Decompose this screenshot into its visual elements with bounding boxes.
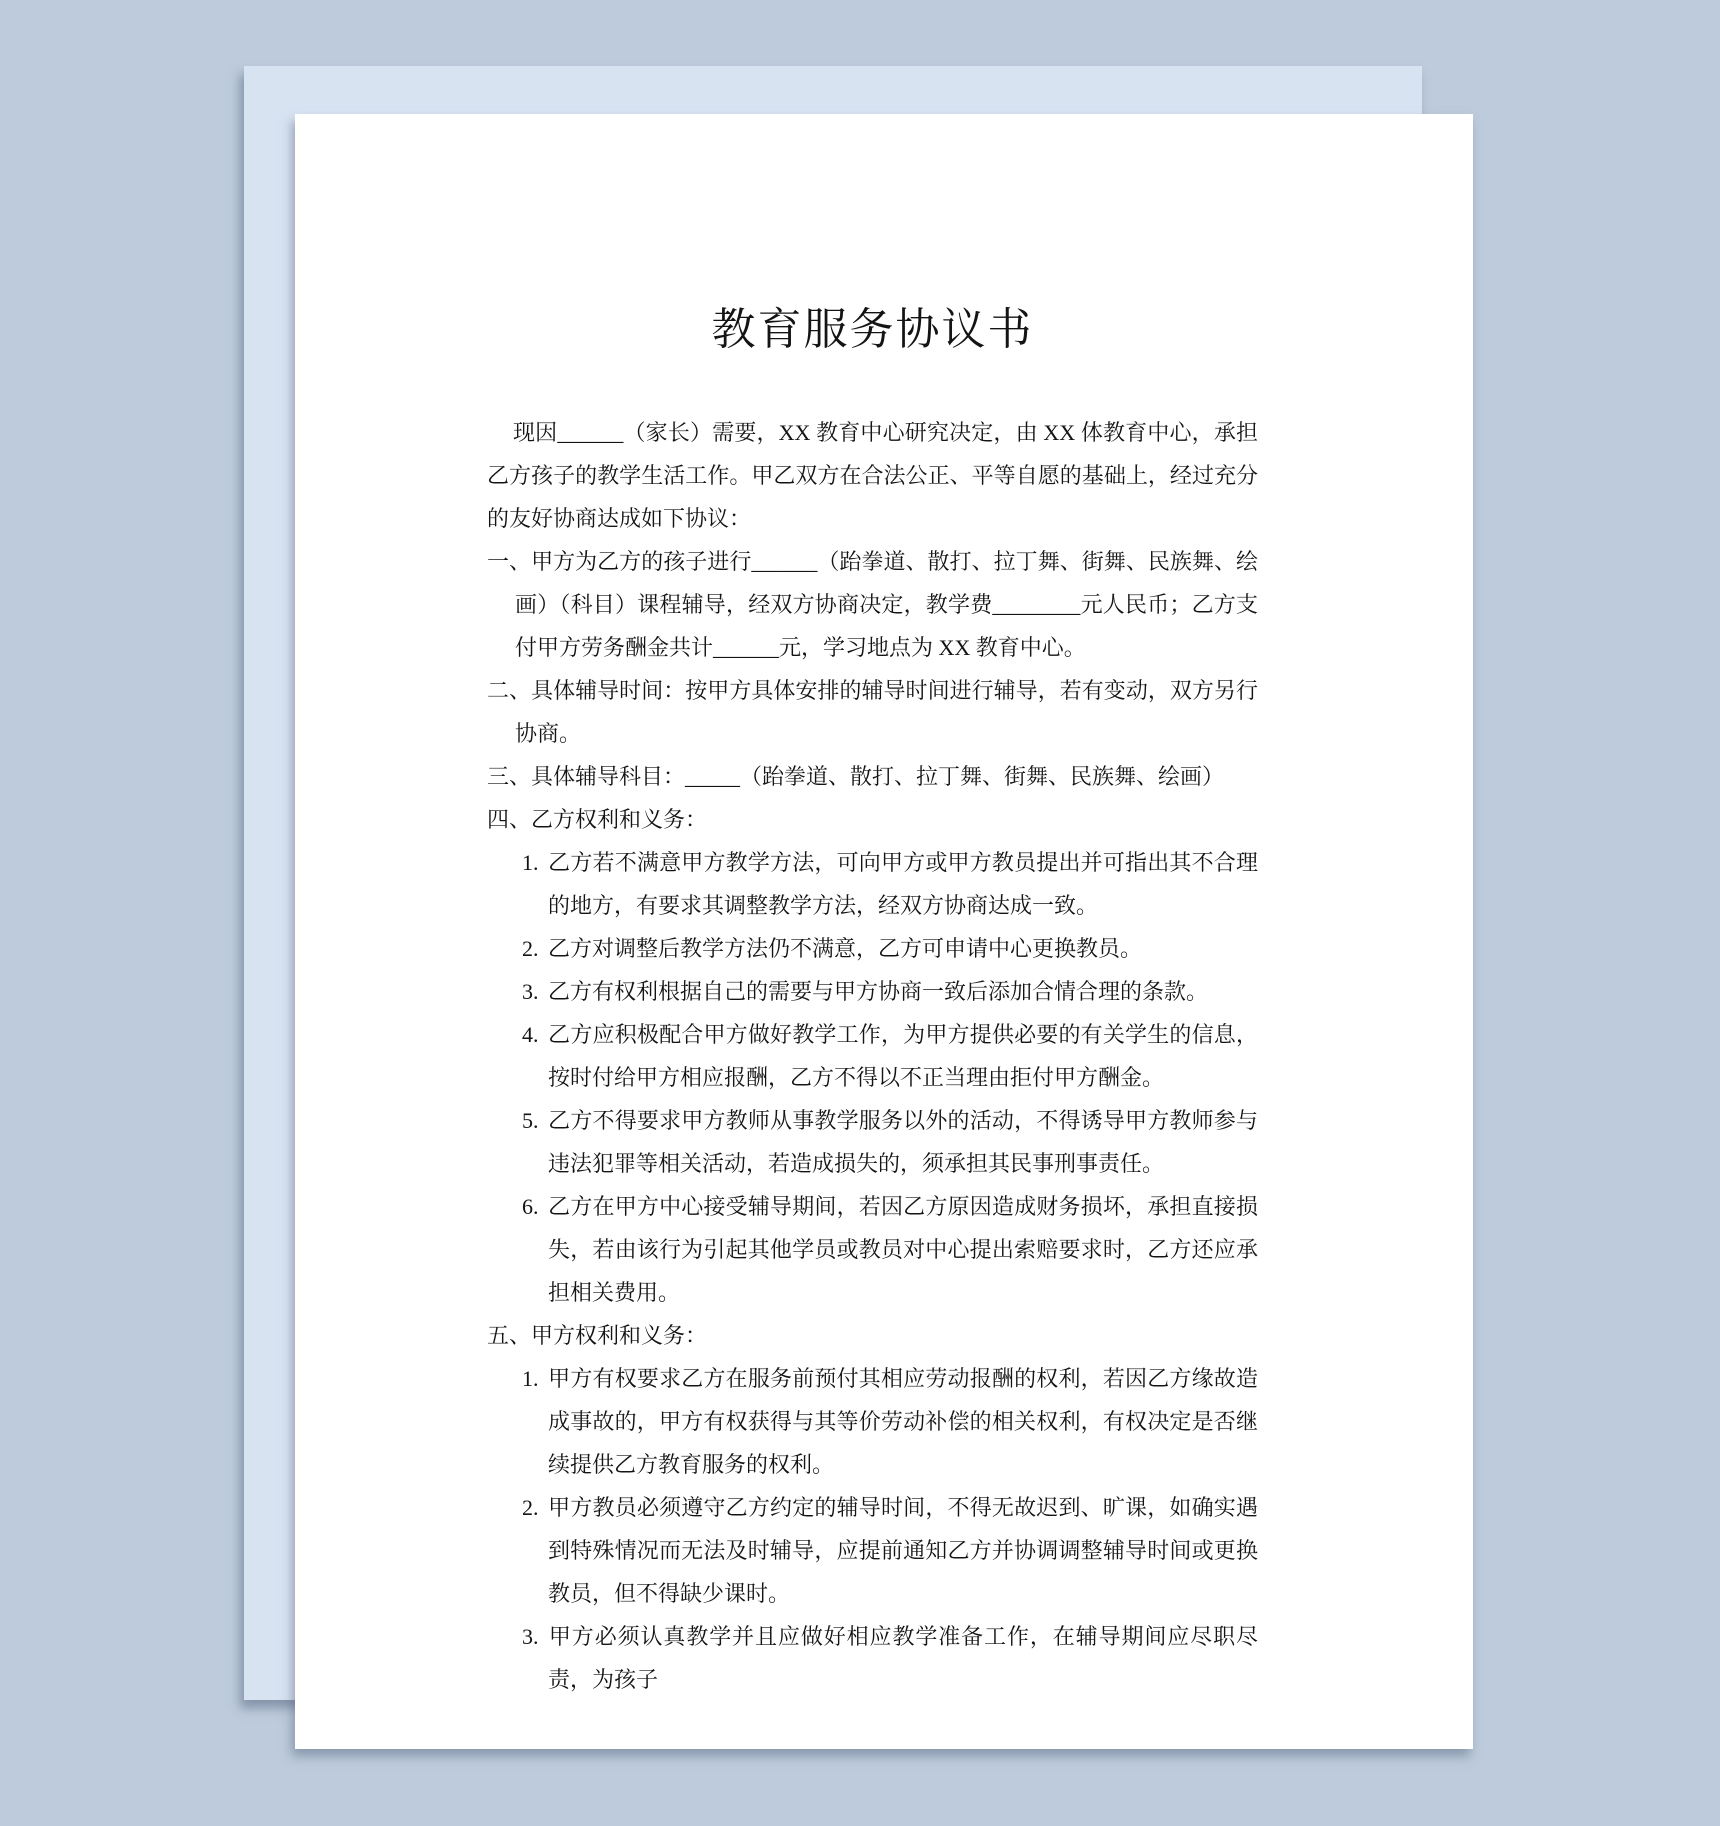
subclause-text: 甲方有权要求乙方在服务前预付其相应劳动报酬的权利，若因乙方缘故造成事故的，甲方有… — [548, 1366, 1258, 1477]
subclause-text: 乙方应积极配合甲方做好教学工作，为甲方提供必要的有关学生的信息，按时付给甲方相应… — [548, 1022, 1258, 1090]
subclause-number: 1. — [522, 1357, 548, 1400]
subclause-item: 1.乙方若不满意甲方教学方法，可向甲方或甲方教员提出并可指出其不合理的地方，有要… — [487, 841, 1258, 927]
clause-line: 四、乙方权利和义务： — [487, 798, 1258, 841]
subclause-text: 乙方对调整后教学方法仍不满意，乙方可申请中心更换教员。 — [548, 936, 1142, 961]
subclause-item: 2.乙方对调整后教学方法仍不满意，乙方可申请中心更换教员。 — [487, 927, 1258, 970]
subclause-number: 4. — [522, 1013, 548, 1056]
subclause-number: 3. — [522, 1615, 548, 1658]
clause-item: 五、甲方权利和义务： 1.甲方有权要求乙方在服务前预付其相应劳动报酬的权利，若因… — [487, 1314, 1258, 1701]
clause-text: 甲方为乙方的孩子进行______（跆拳道、散打、拉丁舞、街舞、民族舞、绘画）（科… — [515, 549, 1258, 660]
subclause-text: 甲方教员必须遵守乙方约定的辅导时间，不得无故迟到、旷课，如确实遇到特殊情况而无法… — [548, 1495, 1258, 1606]
clause-text: 甲方权利和义务： — [531, 1323, 707, 1348]
subclause-number: 2. — [522, 927, 548, 970]
subclause-number: 6. — [522, 1185, 548, 1228]
subclause-text: 乙方在甲方中心接受辅导期间，若因乙方原因造成财务损坏，承担直接损失，若由该行为引… — [548, 1194, 1258, 1305]
clause-item: 四、乙方权利和义务： 1.乙方若不满意甲方教学方法，可向甲方或甲方教员提出并可指… — [487, 798, 1258, 1314]
subclause-text: 乙方不得要求甲方教师从事教学服务以外的活动，不得诱导甲方教师参与违法犯罪等相关活… — [548, 1108, 1258, 1176]
clause-text: 乙方权利和义务： — [531, 807, 707, 832]
clause-item: 二、具体辅导时间：按甲方具体安排的辅导时间进行辅导，若有变动，双方另行协商。 — [487, 669, 1258, 755]
subclause-number: 3. — [522, 970, 548, 1013]
subclause-item: 1.甲方有权要求乙方在服务前预付其相应劳动报酬的权利，若因乙方缘故造成事故的，甲… — [487, 1357, 1258, 1486]
clause-label: 四、 — [487, 807, 531, 832]
subclause-item: 5.乙方不得要求甲方教师从事教学服务以外的活动，不得诱导甲方教师参与违法犯罪等相… — [487, 1099, 1258, 1185]
subclause-number: 2. — [522, 1486, 548, 1529]
clause-label: 一、 — [487, 549, 531, 574]
subclause-list: 1.乙方若不满意甲方教学方法，可向甲方或甲方教员提出并可指出其不合理的地方，有要… — [487, 841, 1258, 1314]
subclause-item: 2.甲方教员必须遵守乙方约定的辅导时间，不得无故迟到、旷课，如确实遇到特殊情况而… — [487, 1486, 1258, 1615]
document-title: 教育服务协议书 — [487, 302, 1258, 358]
clause-label: 五、 — [487, 1323, 531, 1348]
clause-line: 三、具体辅导科目：_____（跆拳道、散打、拉丁舞、街舞、民族舞、绘画） — [487, 755, 1258, 798]
subclause-number: 1. — [522, 841, 548, 884]
clause-text: 具体辅导时间：按甲方具体安排的辅导时间进行辅导，若有变动，双方另行协商。 — [515, 678, 1258, 746]
desktop-canvas: 教育服务协议书 现因______（家长）需要，XX 教育中心研究决定，由 XX … — [0, 0, 1720, 1826]
clause-line: 五、甲方权利和义务： — [487, 1314, 1258, 1357]
subclause-item: 3.乙方有权利根据自己的需要与甲方协商一致后添加合情合理的条款。 — [487, 970, 1258, 1013]
subclause-text: 乙方有权利根据自己的需要与甲方协商一致后添加合情合理的条款。 — [548, 979, 1208, 1004]
clause-line: 一、甲方为乙方的孩子进行______（跆拳道、散打、拉丁舞、街舞、民族舞、绘画）… — [487, 540, 1258, 669]
clause-label: 二、 — [487, 678, 531, 703]
subclause-list: 1.甲方有权要求乙方在服务前预付其相应劳动报酬的权利，若因乙方缘故造成事故的，甲… — [487, 1357, 1258, 1701]
subclause-item: 4.乙方应积极配合甲方做好教学工作，为甲方提供必要的有关学生的信息，按时付给甲方… — [487, 1013, 1258, 1099]
clause-label: 三、 — [487, 764, 531, 789]
subclause-number: 5. — [522, 1099, 548, 1142]
document-page: 教育服务协议书 现因______（家长）需要，XX 教育中心研究决定，由 XX … — [295, 114, 1473, 1749]
clause-item: 一、甲方为乙方的孩子进行______（跆拳道、散打、拉丁舞、街舞、民族舞、绘画）… — [487, 540, 1258, 669]
clause-line: 二、具体辅导时间：按甲方具体安排的辅导时间进行辅导，若有变动，双方另行协商。 — [487, 669, 1258, 755]
clause-item: 三、具体辅导科目：_____（跆拳道、散打、拉丁舞、街舞、民族舞、绘画） — [487, 755, 1258, 798]
clause-text: 具体辅导科目：_____（跆拳道、散打、拉丁舞、街舞、民族舞、绘画） — [531, 764, 1224, 789]
subclause-item: 3.甲方必须认真教学并且应做好相应教学准备工作，在辅导期间应尽职尽责，为孩子 — [487, 1615, 1258, 1701]
subclause-text: 乙方若不满意甲方教学方法，可向甲方或甲方教员提出并可指出其不合理的地方，有要求其… — [548, 850, 1258, 918]
intro-paragraph: 现因______（家长）需要，XX 教育中心研究决定，由 XX 体教育中心，承担… — [487, 411, 1258, 540]
subclause-text: 甲方必须认真教学并且应做好相应教学准备工作，在辅导期间应尽职尽责，为孩子 — [548, 1624, 1258, 1692]
subclause-item: 6.乙方在甲方中心接受辅导期间，若因乙方原因造成财务损坏，承担直接损失，若由该行… — [487, 1185, 1258, 1314]
clause-list: 一、甲方为乙方的孩子进行______（跆拳道、散打、拉丁舞、街舞、民族舞、绘画）… — [487, 540, 1258, 1701]
